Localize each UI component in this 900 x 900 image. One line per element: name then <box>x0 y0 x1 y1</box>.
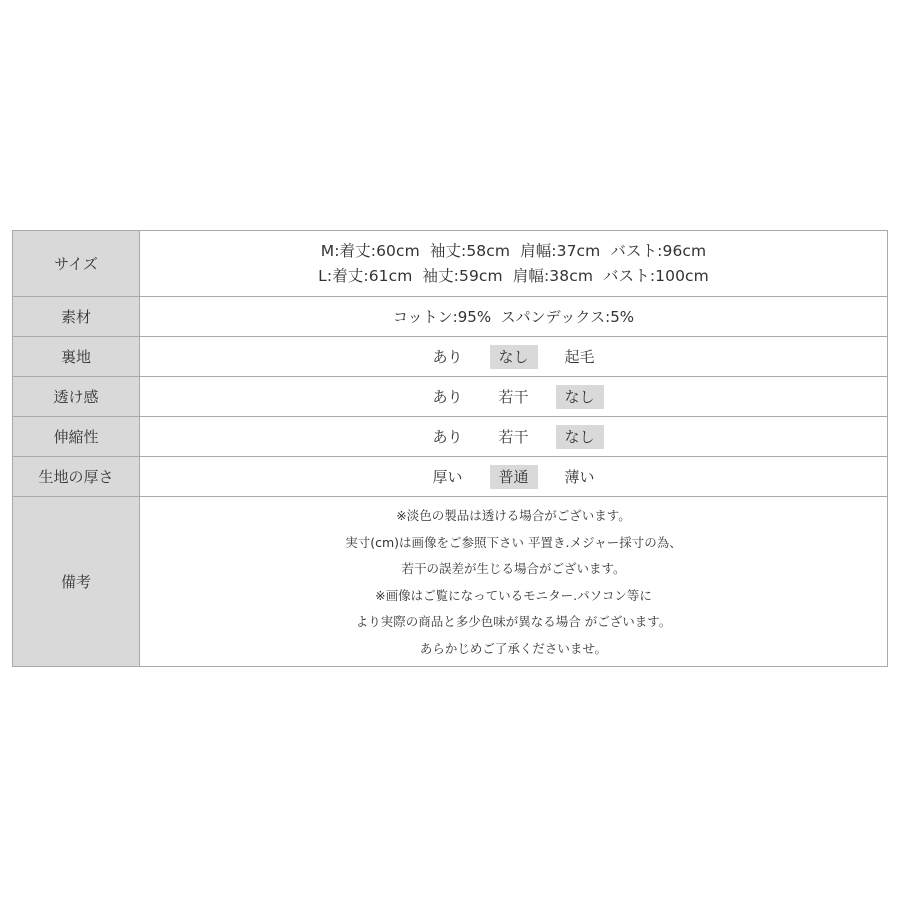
label-lining: 裏地 <box>13 337 140 377</box>
size-line-l: L:着丈:61cm袖丈:59cm肩幅:38cmバスト:100cm <box>140 264 887 289</box>
table-row-thickness: 生地の厚さ 厚い 普通 薄い <box>13 457 888 497</box>
option-lining-brushed: 起毛 <box>556 345 604 369</box>
note-line-2: 実寸(cm)は画像をご参照下さい 平置き.メジャー採寸の為、 <box>140 530 887 557</box>
size-l-length: L:着丈:61cm <box>318 267 412 285</box>
note-line-6: あらかじめご了承くださいませ。 <box>140 636 887 663</box>
table-row-sheerness: 透け感 あり 若干 なし <box>13 377 888 417</box>
option-thin: 薄い <box>556 465 604 489</box>
label-material: 素材 <box>13 297 140 337</box>
size-line-m: M:着丈:60cm袖丈:58cm肩幅:37cmバスト:96cm <box>140 239 887 264</box>
note-line-4: ※画像はご覧になっているモニター.パソコン等に <box>140 583 887 610</box>
option-stretch-slight: 若干 <box>490 425 538 449</box>
option-normal-selected: 普通 <box>490 465 538 489</box>
size-m-sleeve: 袖丈:58cm <box>430 242 510 260</box>
note-line-3: 若干の誤差が生じる場合がございます。 <box>140 556 887 583</box>
size-l-bust: バスト:100cm <box>603 267 709 285</box>
product-spec-table: サイズ M:着丈:60cm袖丈:58cm肩幅:37cmバスト:96cm L:着丈… <box>12 230 888 667</box>
table-row-notes: 備考 ※淡色の製品は透ける場合がございます。 実寸(cm)は画像をご参照下さい … <box>13 497 888 667</box>
table-row-stretch: 伸縮性 あり 若干 なし <box>13 417 888 457</box>
size-m-shoulder: 肩幅:37cm <box>520 242 600 260</box>
label-thickness: 生地の厚さ <box>13 457 140 497</box>
option-stretch-ari: あり <box>424 425 472 449</box>
lining-options: あり なし 起毛 <box>140 345 887 369</box>
material-value: コットン:95% スパンデックス:5% <box>140 297 888 337</box>
thickness-options: 厚い 普通 薄い <box>140 465 887 489</box>
notes-text: ※淡色の製品は透ける場合がございます。 実寸(cm)は画像をご参照下さい 平置き… <box>140 501 887 662</box>
option-stretch-nashi-selected: なし <box>556 425 604 449</box>
option-thick: 厚い <box>424 465 472 489</box>
sheerness-options: あり 若干 なし <box>140 385 887 409</box>
table-row-lining: 裏地 あり なし 起毛 <box>13 337 888 377</box>
size-values: M:着丈:60cm袖丈:58cm肩幅:37cmバスト:96cm L:着丈:61c… <box>140 231 888 297</box>
option-lining-ari: あり <box>424 345 472 369</box>
stretch-options: あり 若干 なし <box>140 425 887 449</box>
label-sheerness: 透け感 <box>13 377 140 417</box>
size-m-bust: バスト:96cm <box>610 242 706 260</box>
option-sheer-ari: あり <box>424 385 472 409</box>
label-stretch: 伸縮性 <box>13 417 140 457</box>
option-sheer-slight: 若干 <box>490 385 538 409</box>
size-l-shoulder: 肩幅:38cm <box>513 267 593 285</box>
option-sheer-nashi-selected: なし <box>556 385 604 409</box>
option-lining-nashi-selected: なし <box>490 345 538 369</box>
table-row-material: 素材 コットン:95% スパンデックス:5% <box>13 297 888 337</box>
label-size: サイズ <box>13 231 140 297</box>
table-row-size: サイズ M:着丈:60cm袖丈:58cm肩幅:37cmバスト:96cm L:着丈… <box>13 231 888 297</box>
size-m-length: M:着丈:60cm <box>321 242 420 260</box>
label-notes: 備考 <box>13 497 140 667</box>
note-line-1: ※淡色の製品は透ける場合がございます。 <box>140 503 887 530</box>
size-l-sleeve: 袖丈:59cm <box>422 267 502 285</box>
note-line-5: より実際の商品と多少色味が異なる場合 がございます。 <box>140 609 887 636</box>
